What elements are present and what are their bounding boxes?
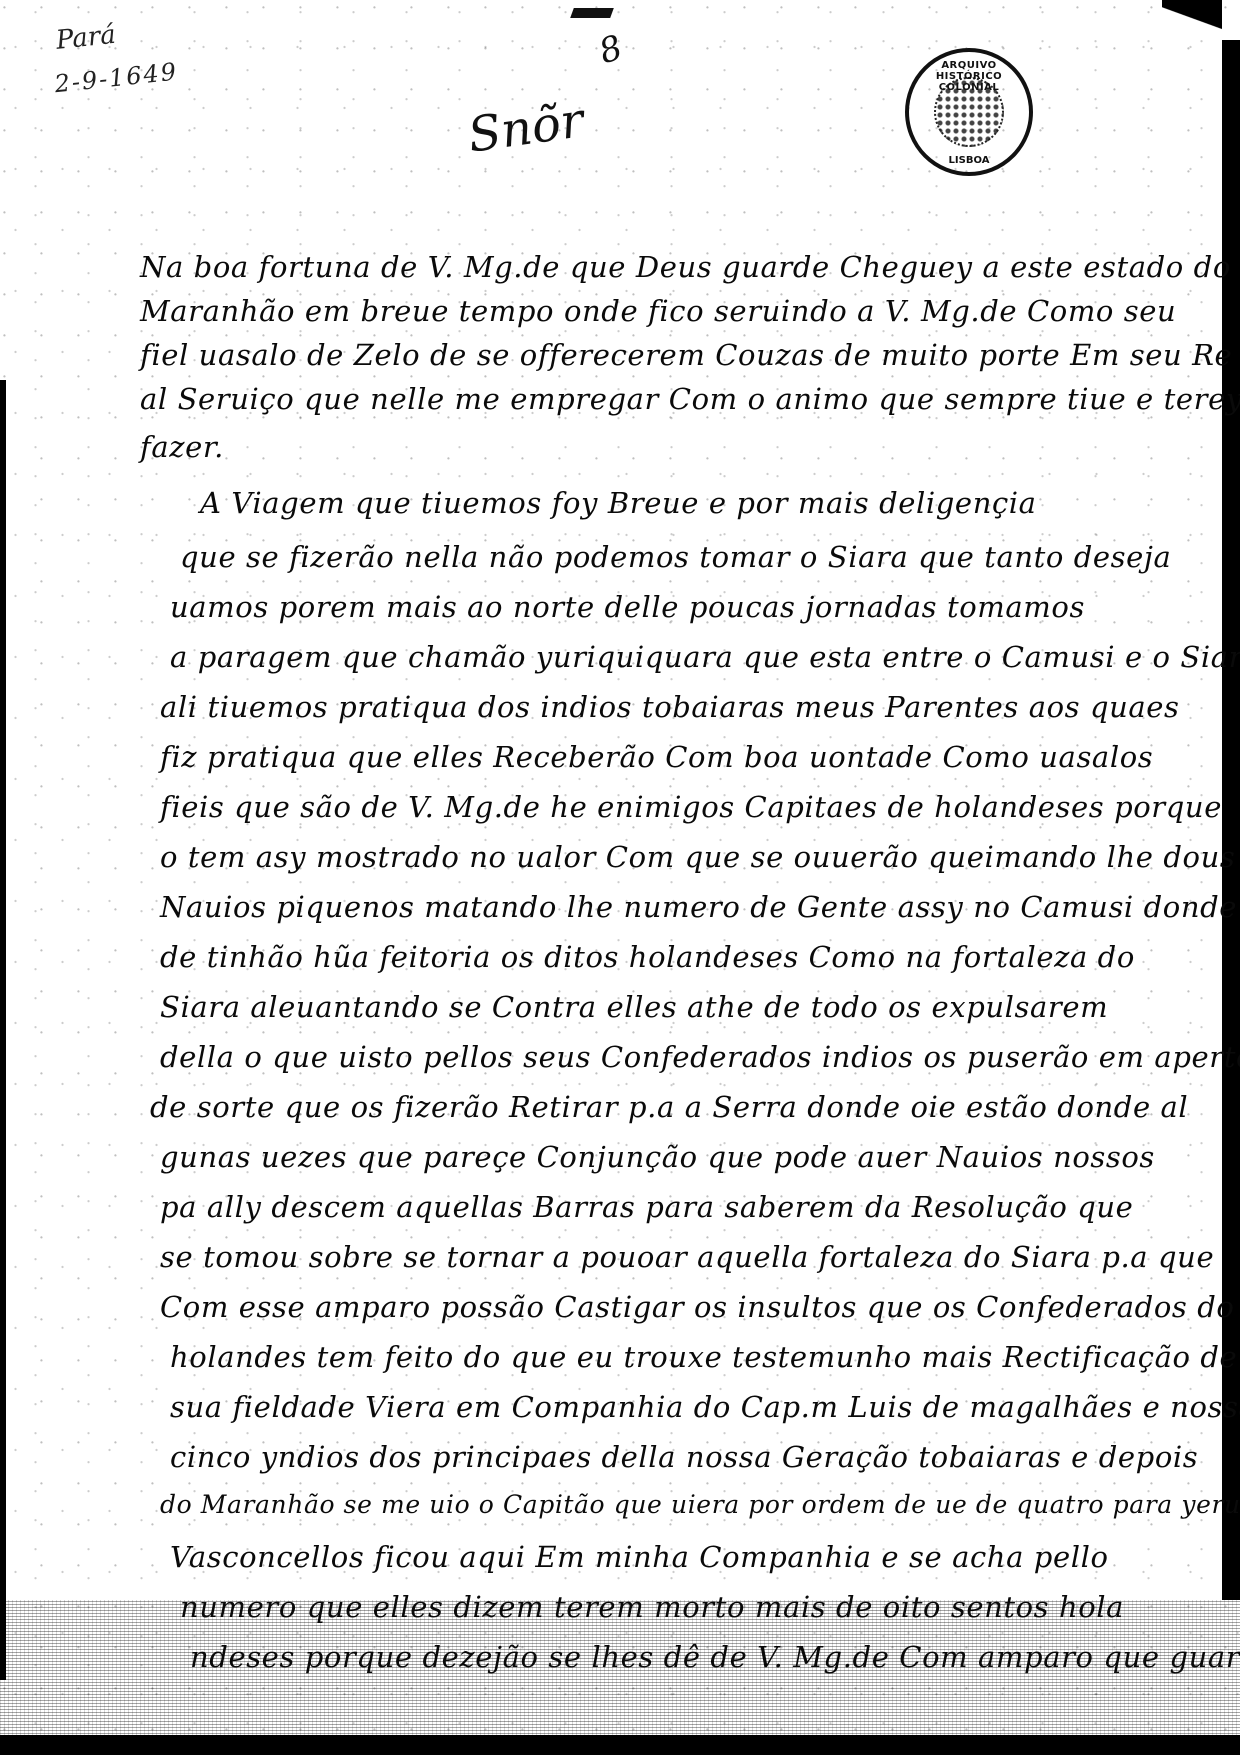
letter-line: Maranhão em breue tempo onde fico seruin… — [140, 294, 1176, 328]
stamp-top-text: ARQUIVO HISTÓRICO COLONIAL — [909, 60, 1029, 93]
letter-line: uamos porem mais ao norte delle poucas j… — [170, 590, 1085, 624]
letter-line: sua fieldade Viera em Companhia do Cap.m… — [170, 1390, 1240, 1424]
letter-line: holandes tem feito do que eu trouxe test… — [170, 1340, 1237, 1374]
letter-line: Com esse amparo possão Castigar os insul… — [160, 1290, 1234, 1324]
letter-line: fiel uasalo de Zelo de se offerecerem Co… — [140, 338, 1232, 372]
letter-line: cinco yndios dos principaes della nossa … — [170, 1440, 1198, 1474]
letter-line: se tomou sobre se tornar a pouoar aquell… — [160, 1240, 1214, 1274]
letter-line: de sorte que os fizerão Retirar p.a a Se… — [150, 1090, 1188, 1124]
letter-line: Siara aleuantando se Contra elles athe d… — [160, 990, 1108, 1024]
letter-line: al Seruiço que nelle me empregar Com o a… — [140, 382, 1240, 416]
folio-mark: 8 — [594, 28, 627, 73]
scan-corner-fold — [1162, 0, 1222, 60]
archive-note-place: Pará — [55, 14, 175, 56]
manuscript-page: Pará 2-9-1649 8 Snõr ARQUIVO HISTÓRICO C… — [0, 0, 1240, 1755]
stamp-bottom-text: LISBOA — [909, 155, 1029, 166]
letter-line: A Viagem que tiuemos foy Breue e por mai… — [200, 486, 1037, 520]
letter-line: a paragem que chamão yuriquiquara que es… — [170, 640, 1240, 674]
letter-line: gunas uezes que pareçe Conjunção que pod… — [160, 1140, 1155, 1174]
letter-line: que se fizerão nella não podemos tomar o… — [180, 540, 1171, 574]
archive-note-date: 2-9-1649 — [53, 57, 179, 98]
letter-line: fieis que são de V. Mg.de he enimigos Ca… — [160, 790, 1222, 824]
letter-line: o tem asy mostrado no ualor Com que se o… — [160, 840, 1235, 874]
scan-edge-bottom — [0, 1735, 1240, 1755]
letter-line: ali tiuemos pratiqua dos indios tobaiara… — [160, 690, 1180, 724]
letter-line: do Maranhão se me uio o Capitão que uier… — [160, 1490, 1240, 1519]
scan-noise-bottom — [0, 1600, 1240, 1755]
salutation: Snõr — [465, 92, 587, 164]
scan-edge-left — [0, 380, 6, 1680]
letter-line: fazer. — [140, 430, 224, 464]
letter-line: Na boa fortuna de V. Mg.de que Deus guar… — [140, 250, 1231, 284]
archive-note: Pará 2-9-1649 — [49, 14, 180, 99]
letter-line: pa ally descem aquellas Barras para sabe… — [160, 1190, 1133, 1224]
letter-line: fiz pratiqua que elles Receberão Com boa… — [160, 740, 1153, 774]
archive-stamp: ARQUIVO HISTÓRICO COLONIAL LISBOA — [905, 48, 1033, 176]
letter-line: della o que uisto pellos seus Confederad… — [160, 1040, 1240, 1074]
letter-line: de tinhão hũa feitoria os ditos holandes… — [160, 940, 1135, 974]
scan-top-mark — [570, 8, 614, 18]
letter-line: Vasconcellos ficou aqui Em minha Companh… — [170, 1540, 1109, 1574]
letter-line: Nauios piquenos matando lhe numero de Ge… — [160, 890, 1237, 924]
